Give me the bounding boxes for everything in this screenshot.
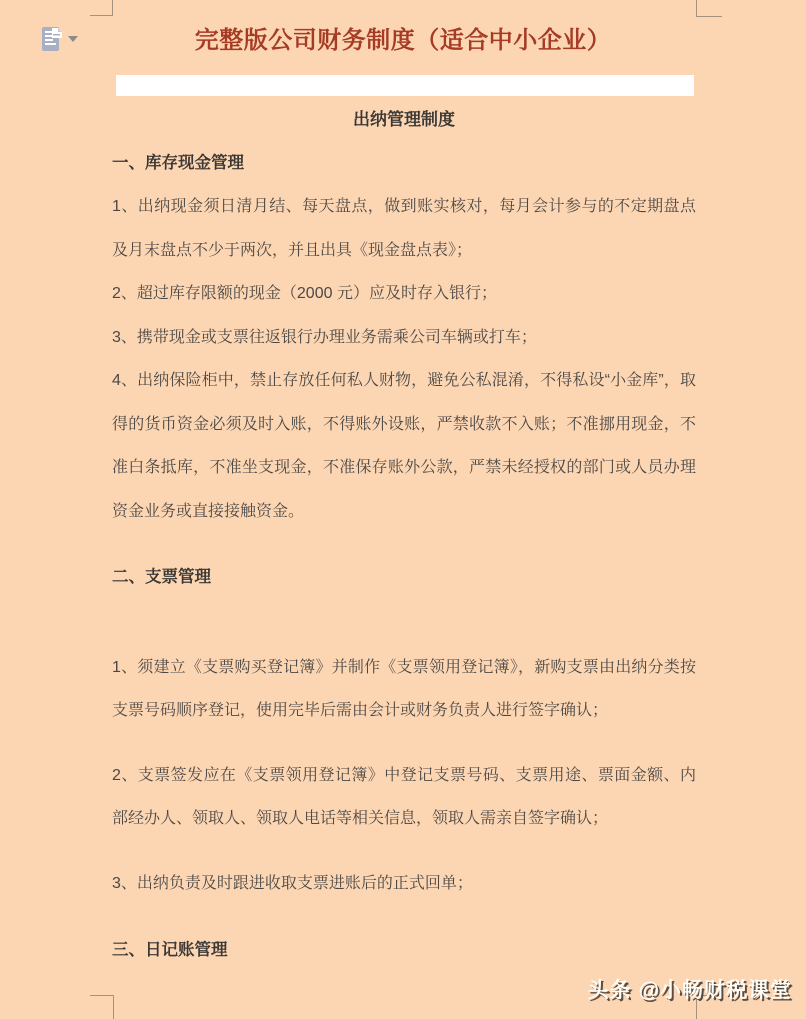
paragraph: 4、出纳保险柜中，禁止存放任何私人财物，避免公私混淆，不得私设“小金库”，取得的…: [112, 359, 696, 533]
watermark-text: 头条 @小畅财税课堂: [588, 974, 792, 1004]
section-heading-cheque-management: 二、支票管理: [112, 556, 696, 600]
document-page: 完整版公司财务制度（适合中小企业） 出纳管理制度 一、库存现金管理 1、出纳现金…: [0, 0, 806, 1019]
document-subtitle: 出纳管理制度: [112, 98, 696, 142]
paragraph: 1、出纳现金须日清月结、每天盘点，做到账实核对，每月会计参与的不定期盘点及月末盘…: [112, 185, 696, 272]
section-heading-journal-management: 三、日记账管理: [112, 929, 696, 973]
paragraph: 3、出纳负责及时跟进收取支票进账后的正式回单；: [112, 862, 696, 906]
paragraph: 1、须建立《支票购买登记簿》并制作《支票领用登记簿》，新购支票由出纳分类按支票号…: [112, 646, 696, 733]
highlighted-empty-line: [116, 75, 694, 96]
section-heading-cash-management: 一、库存现金管理: [112, 142, 696, 186]
crop-mark-bottom-left: [90, 995, 114, 1019]
paragraph: 2、支票签发应在《支票领用登记簿》中登记支票号码、支票用途、票面金额、内部经办人…: [112, 754, 696, 841]
document-title: 完整版公司财务制度（适合中小企业）: [0, 26, 806, 56]
crop-mark-top-right: [696, 0, 722, 17]
crop-mark-top-left: [90, 0, 113, 16]
document-body: 出纳管理制度 一、库存现金管理 1、出纳现金须日清月结、每天盘点，做到账实核对，…: [112, 98, 696, 973]
paragraph: 3、携带现金或支票往返银行办理业务需乘公司车辆或打车；: [112, 316, 696, 360]
paragraph: 2、超过库存限额的现金（2000 元）应及时存入银行；: [112, 272, 696, 316]
